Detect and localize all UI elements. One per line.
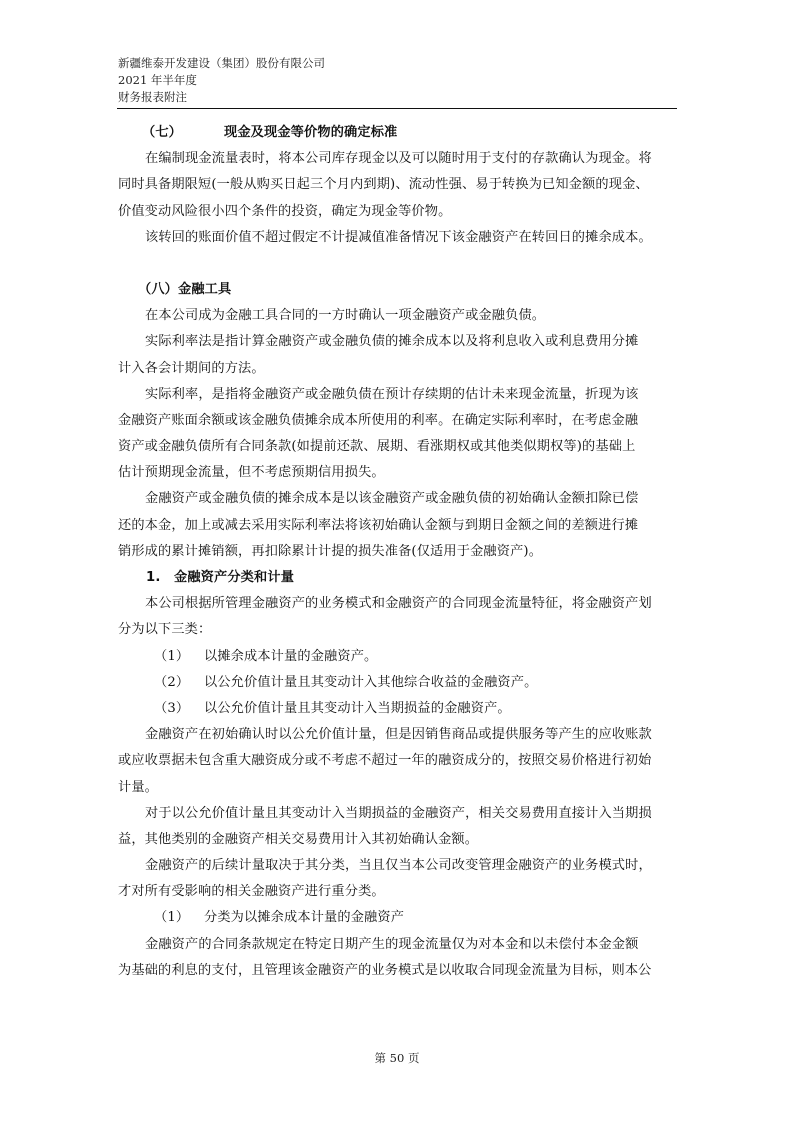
- list-item: （1）以摊余成本计量的金融资产。: [118, 644, 678, 670]
- section-number: （七）: [142, 120, 224, 146]
- paragraph-line: 还的本金，加上或减去采用实际利率法将该初始确认金额与到期日金额之间的差额进行摊: [118, 513, 678, 539]
- spacer: [118, 251, 678, 277]
- page-number: 第 50 页: [0, 1050, 794, 1066]
- list-item-text: 以摊余成本计量的金融资产。: [204, 649, 377, 664]
- paragraph-line: 对于以公允价值计量且其变动计入当期损益的金融资产，相关交易费用直接计入当期损: [118, 801, 678, 827]
- sub-item-number: （1）: [154, 905, 204, 931]
- list-item-text: 以公允价值计量且其变动计入当期损益的金融资产。: [204, 701, 511, 716]
- header-divider: [117, 108, 677, 109]
- paragraph-line: 金融资产或金融负债的摊余成本是以该金融资产或金融负债的初始确认金额扣除已偿: [118, 486, 678, 512]
- paragraph-line: 同时具备期限短(一般从购买日起三个月内到期)、流动性强、易于转换为已知金额的现金…: [118, 172, 678, 198]
- list-item-number: （3）: [154, 696, 204, 722]
- paragraph-line: 金融资产的后续计量取决于其分类，当且仅当本公司改变管理金融资产的业务模式时，: [118, 853, 678, 879]
- paragraph-line: 实际利率法是指计算金融资产或金融负债的摊余成本以及将利息收入或利息费用分摊: [118, 329, 678, 355]
- paragraph-line: 分为以下三类：: [118, 617, 678, 643]
- company-name: 新疆维泰开发建设（集团）股份有限公司: [118, 55, 325, 72]
- paragraph-line: 销形成的累计摊销额，再扣除累计计提的损失准备(仅适用于金融资产)。: [118, 539, 678, 565]
- sub-item-text: 分类为以摊余成本计量的金融资产: [204, 910, 404, 925]
- paragraph-line: 或应收票据未包含重大融资成分或不考虑不超过一年的融资成分的，按照交易价格进行初始: [118, 748, 678, 774]
- paragraph-line: 价值变动风险很小四个条件的投资，确定为现金等价物。: [118, 199, 678, 225]
- sub-item-heading: （1）分类为以摊余成本计量的金融资产: [118, 905, 678, 931]
- list-item: （2）以公允价值计量且其变动计入其他综合收益的金融资产。: [118, 670, 678, 696]
- paragraph-line: 计量。: [118, 775, 678, 801]
- paragraph-line: 资产或金融负债所有合同条款(如提前还款、展期、看涨期权或其他类似期权等)的基础上: [118, 434, 678, 460]
- list-item-number: （1）: [154, 644, 204, 670]
- section-title: 现金及现金等价物的确定标准: [224, 125, 397, 140]
- section-heading-8: （八）金融工具: [118, 277, 678, 303]
- section-heading-7: （七）现金及现金等价物的确定标准: [118, 120, 678, 146]
- paragraph-line: 益，其他类别的金融资产相关交易费用计入其初始确认金额。: [118, 827, 678, 853]
- document-header: 新疆维泰开发建设（集团）股份有限公司 2021 年半年度 财务报表附注: [118, 55, 325, 106]
- paragraph-line: 本公司根据所管理金融资产的业务模式和金融资产的合同现金流量特征，将金融资产划: [118, 591, 678, 617]
- document-body: （七）现金及现金等价物的确定标准 在编制现金流量表时，将本公司库存现金以及可以随…: [118, 120, 678, 984]
- paragraph-line: 为基础的利息的支付，且管理该金融资产的业务模式是以收取合同现金流量为目标，则本公: [118, 958, 678, 984]
- paragraph-line: 金融资产在初始确认时以公允价值计量，但是因销售商品或提供服务等产生的应收账款: [118, 722, 678, 748]
- paragraph-line: 金融资产账面余额或该金融负债摊余成本所使用的利率。在确定实际利率时，在考虑金融: [118, 408, 678, 434]
- paragraph-line: 估计预期现金流量，但不考虑预期信用损失。: [118, 460, 678, 486]
- document-type: 财务报表附注: [118, 89, 325, 106]
- paragraph-line: 该转回的账面价值不超过假定不计提减值准备情况下该金融资产在转回日的摊余成本。: [118, 225, 678, 251]
- subsection-number: 1.: [146, 565, 174, 591]
- paragraph-line: 在编制现金流量表时，将本公司库存现金以及可以随时用于支付的存款确认为现金。将: [118, 146, 678, 172]
- subsection-title: 金融资产分类和计量: [174, 570, 294, 585]
- paragraph-line: 金融资产的合同条款规定在特定日期产生的现金流量仅为对本金和以未偿付本金金额: [118, 932, 678, 958]
- paragraph-line: 才对所有受影响的相关金融资产进行重分类。: [118, 879, 678, 905]
- list-item: （3）以公允价值计量且其变动计入当期损益的金融资产。: [118, 696, 678, 722]
- report-period: 2021 年半年度: [118, 72, 325, 89]
- subsection-heading-1: 1.金融资产分类和计量: [118, 565, 678, 591]
- list-item-text: 以公允价值计量且其变动计入其他综合收益的金融资产。: [204, 675, 537, 690]
- paragraph-line: 实际利率，是指将金融资产或金融负债在预计存续期的估计未来现金流量，折现为该: [118, 382, 678, 408]
- paragraph-line: 在本公司成为金融工具合同的一方时确认一项金融资产或金融负债。: [118, 303, 678, 329]
- paragraph-line: 计入各会计期间的方法。: [118, 356, 678, 382]
- list-item-number: （2）: [154, 670, 204, 696]
